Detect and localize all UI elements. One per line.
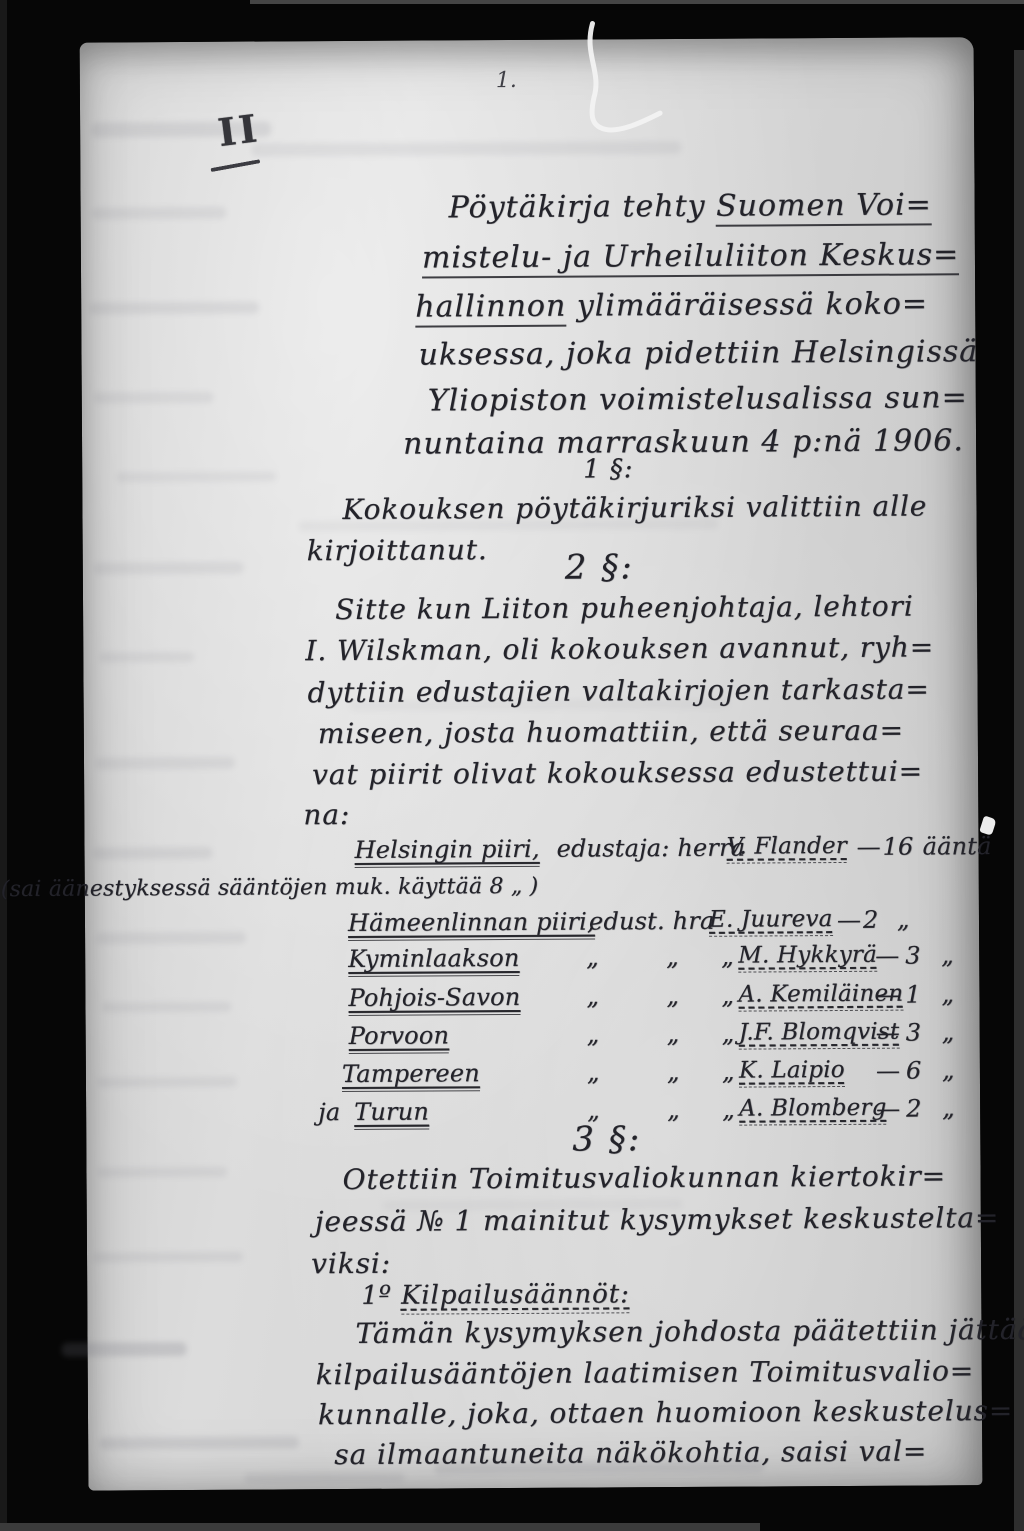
district-name: Porvoon: [349, 1021, 450, 1054]
vote-count: 2: [906, 1095, 922, 1123]
bleed-through-smudge: [92, 207, 227, 220]
vote-count: 3: [905, 942, 921, 970]
vote-count: 6: [906, 1057, 922, 1085]
bleed-through-smudge: [93, 1252, 243, 1263]
bleed-through-smudge: [116, 471, 276, 482]
delegate-name: A. Blomberg: [739, 1095, 887, 1126]
district-name: Helsingin piiri,: [354, 835, 539, 868]
district-name: Kyminlaakson: [348, 944, 520, 977]
ditto-mark: „: [722, 1020, 735, 1048]
org-name-underlined: mistelu- ja Urheiluliiton Keskus=: [422, 237, 960, 278]
vote-count: 16: [882, 833, 913, 861]
agenda-item-1-heading: 1º Kilpailusäännöt:: [361, 1279, 630, 1311]
section2-line-2: I. Wilskman, oli kokouksen avannut, ryh=: [305, 630, 934, 667]
item1-line-2: kilpailusääntöjen laatimisen Toimitusval…: [316, 1354, 975, 1391]
bleed-through-smudge: [95, 757, 235, 770]
vote-count: 2: [863, 906, 879, 934]
ditto-mark: „: [942, 1018, 955, 1046]
dash: —: [856, 833, 880, 861]
bleed-through-smudge: [94, 392, 214, 404]
page-number: 1.: [496, 68, 517, 93]
vote-count: 3: [906, 1019, 922, 1047]
district-name: Pohjois-Savon: [348, 983, 520, 1016]
vote-unit: „: [897, 906, 910, 934]
delegate-name: M. Hykkyrä: [738, 942, 877, 973]
heading-line-3: hallinnon ylimääräisessä koko=: [415, 286, 928, 324]
heading-text: Pöytäkirja tehty: [449, 189, 717, 226]
item1-line-4: sa ilmaantuneita näkökohtia, saisi val=: [334, 1434, 927, 1471]
section2-line-5: vat piirit olivat kokouksessa edustettui…: [312, 754, 923, 791]
ditto-mark: „: [722, 1058, 735, 1086]
org-name-underlined: Suomen Voi=: [716, 187, 932, 226]
heading-line-2: mistelu- ja Urheiluliiton Keskus=: [422, 237, 960, 275]
item1-line-3: kunnalle, joka, ottaen huomioon keskuste…: [318, 1394, 1013, 1431]
heading-line-1: Pöytäkirja tehty Suomen Voi=: [449, 187, 932, 225]
bleed-through-smudge: [96, 932, 246, 945]
delegate-name: E. Juureva: [709, 906, 833, 937]
bleed-through-smudge: [99, 1436, 299, 1449]
ditto-mark: „: [587, 1058, 600, 1086]
bleed-through-smudge: [93, 847, 213, 860]
dash: —: [875, 981, 899, 1009]
heading-line-4: uksessa, joka pidettiin Helsingissä: [418, 334, 978, 372]
ditto-mark: „: [941, 941, 954, 969]
section3-mark: 3 §:: [572, 1119, 641, 1159]
delegate-name: V. Flander: [726, 833, 847, 864]
ditto-mark: „: [721, 943, 734, 971]
district-name: Hämeenlinnan piiri,: [348, 907, 595, 941]
section2-line-4: miseen, josta huomattiin, että seuraa=: [318, 714, 904, 751]
item1-line-1: Tämän kysymyksen johdosta päätettiin jät…: [355, 1313, 1024, 1350]
ditto-mark: „: [667, 1020, 680, 1048]
ditto-mark: „: [941, 980, 954, 1008]
dash: —: [876, 1019, 900, 1047]
ditto-mark: „: [721, 982, 734, 1010]
bleed-through-smudge: [99, 652, 194, 663]
bleed-through-smudge: [244, 1473, 404, 1484]
bleed-through-smudge: [97, 1077, 237, 1088]
ditto-mark: „: [666, 982, 679, 1010]
ditto-mark: „: [586, 943, 599, 971]
section3-line-1: Otettiin Toimitusvaliokunnan kiertokir=: [342, 1159, 946, 1196]
ditto-mark: „: [722, 1096, 735, 1124]
ditto-mark: „: [942, 1094, 955, 1122]
bleed-through-smudge: [97, 1167, 227, 1178]
dash: —: [837, 906, 861, 934]
district-name: Turun: [354, 1098, 429, 1130]
section1-mark: 1 §:: [583, 454, 633, 484]
vote-count: 1: [905, 981, 921, 1009]
heading-text: ylimääräisessä koko=: [566, 286, 928, 323]
dash: —: [876, 1095, 900, 1123]
dash: —: [876, 1057, 900, 1085]
heading-line-6: nuntaina marraskuun 4 p:nä 1906.: [403, 423, 964, 461]
delegate-role: edustaja: herra: [556, 834, 745, 863]
district-name: Tampereen: [342, 1059, 480, 1092]
section3-line-3: viksi:: [311, 1247, 391, 1280]
scan-artifact-speck: [979, 816, 997, 836]
section3-line-2: jeessä № 1 mainitut kysymykset keskustel…: [315, 1201, 1000, 1238]
heading-line-5: Yliopiston voimistelusalissa sun=: [428, 380, 968, 418]
bleed-through-smudge: [94, 562, 244, 575]
archive-corner-mark: II: [215, 105, 262, 155]
conjunction: ja: [318, 1098, 340, 1126]
section1-line-2: kirjoittanut.: [307, 533, 488, 567]
ditto-mark: „: [587, 1020, 600, 1048]
scanned-page: II 1. Pöytäkirja tehty Suomen Voi= miste…: [0, 0, 1024, 1531]
bleed-through-smudge: [101, 1002, 231, 1013]
ditto-mark: „: [667, 1096, 680, 1124]
section2-line-1: Sitte kun Liiton puheenjohtaja, lehtori: [335, 590, 914, 627]
section2-mark: 2 §:: [565, 547, 634, 587]
bleed-through-smudge: [62, 1342, 187, 1357]
section2-line-6: na:: [303, 798, 350, 831]
delegate-name: K. Laipio: [739, 1057, 845, 1088]
ditto-mark: „: [666, 943, 679, 971]
vote-unit: ääntä: [922, 832, 991, 860]
ditto-mark: „: [586, 982, 599, 1010]
item-numeral: 1º: [361, 1281, 392, 1311]
section1-line-1: Kokouksen pöytäkirjuriksi valittiin alle: [342, 489, 927, 526]
ditto-mark: „: [667, 1058, 680, 1086]
bleed-through-smudge: [89, 302, 259, 315]
item-title-underlined: Kilpailusäännöt:: [401, 1279, 630, 1314]
ditto-mark: „: [942, 1056, 955, 1084]
paper-crease-mark: [555, 0, 696, 160]
section2-line-3: dyttiin edustajien valtakirjojen tarkast…: [307, 672, 929, 709]
dash: —: [875, 942, 899, 970]
org-name-underlined: hallinnon: [415, 289, 566, 328]
delegate-role: edust. hra: [589, 907, 715, 936]
